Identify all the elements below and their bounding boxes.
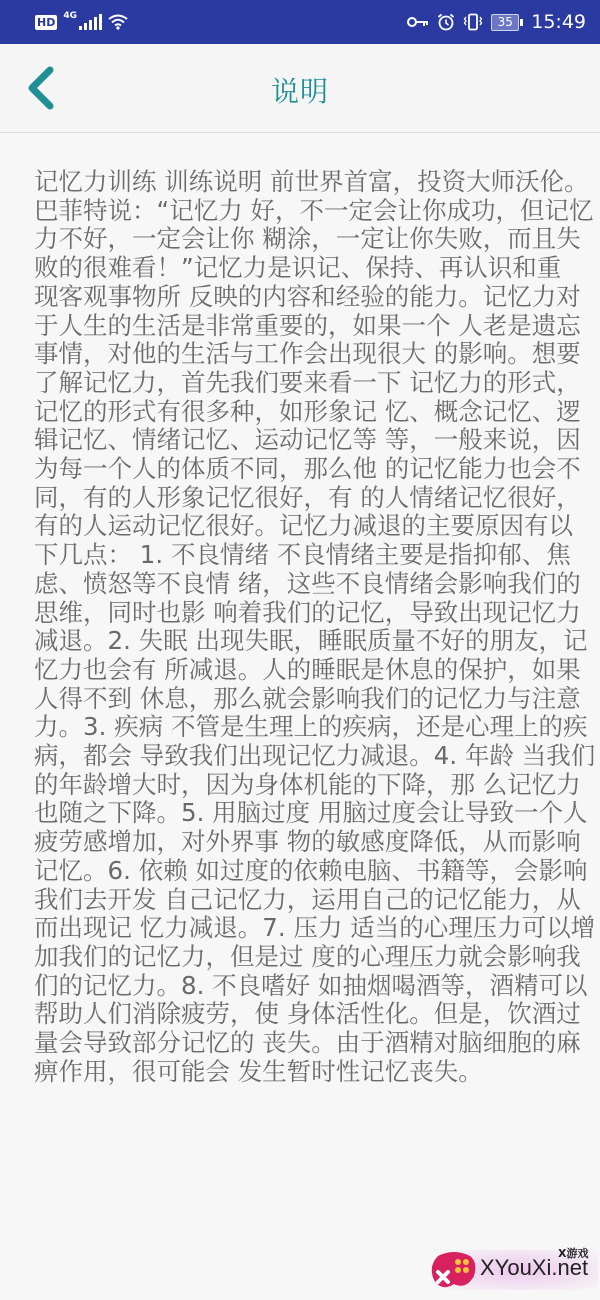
text-line: 力。3. 疾病 不管是生理上的疾病，还是心理上的疾 [34, 713, 574, 742]
text-line: 人得不到 休息，那么就会影响我们的记忆力与注意 [34, 685, 574, 714]
hd-icon: HD [35, 15, 57, 30]
text-line: 同，有的人形象记忆很好，有 的人情绪记忆很好， [34, 484, 574, 513]
text-line: 事情，对他的生活与工作会出现很大 的影响。想要 [34, 340, 574, 369]
text-line: 了解记忆力，首先我们要来看一下 记忆力的形式， [34, 369, 574, 398]
app-header: 说明 [0, 44, 600, 133]
text-line: 记忆。6. 依赖 如过度的依赖电脑、书籍等，会影响 [34, 857, 574, 886]
text-line: 们的记忆力。8. 不良嗜好 如抽烟喝酒等，酒精可以 [34, 972, 574, 1001]
text-line: 力不好，一定会让你 糊涂，一定让你失败，而且失 [34, 225, 574, 254]
watermark: X游戏 XYouXi.net [428, 1242, 598, 1296]
clock: 15:49 [531, 11, 586, 33]
watermark-site: XYouXi.net [480, 1255, 588, 1281]
text-line: 下几点： 1. 不良情绪 不良情绪主要是指抑郁、焦 [34, 541, 574, 570]
battery-icon: 35 [491, 14, 519, 31]
status-left: HD 4G [35, 10, 128, 34]
key-icon [407, 16, 429, 28]
text-line: 病，都会 导致我们出现记忆力减退。4. 年龄 当我们 [34, 742, 574, 771]
text-line: 败的很难看！”记忆力是识记、保持、再认识和重 [34, 254, 574, 283]
wifi-icon [108, 14, 128, 30]
text-line: 减退。2. 失眠 出现失眠，睡眠质量不好的朋友，记 [34, 627, 574, 656]
text-line: 辑记忆、情绪记忆、运动记忆等 等，一般来说，因 [34, 426, 574, 455]
text-line: 记忆力训练 训练说明 前世界首富，投资大师沃伦。 [34, 168, 574, 197]
battery-level: 35 [498, 15, 513, 29]
page-title: 说明 [0, 70, 600, 110]
instructions-text: 记忆力训练 训练说明 前世界首富，投资大师沃伦。 巴菲特说：“记忆力 好，不一定… [34, 168, 574, 1087]
text-line: 虑、愤怒等不良情 绪，这些不良情绪会影响我们的 [34, 570, 574, 599]
vibrate-icon [463, 13, 483, 31]
text-line: 加我们的记忆力，但是过 度的心理压力就会影响我 [34, 943, 574, 972]
status-bar: HD 4G 35 15:49 [0, 0, 600, 44]
text-line: 的年龄增大时，因为身体机能的下降，那 么记忆力 [34, 771, 574, 800]
text-line: 为每一个人的体质不同，那么他 的记忆能力也会不 [34, 455, 574, 484]
text-line: 而出现记 忆力减退。7. 压力 适当的心理压力可以增 [34, 914, 574, 943]
text-line: 痹作用，很可能会 发生暂时性记忆丧失。 [34, 1058, 574, 1087]
network-type-label: 4G [63, 11, 77, 21]
text-line: 帮助人们消除疲劳，使 身体活性化。但是，饮酒过 [34, 1000, 574, 1029]
text-line: 量会导致部分记忆的 丧失。由于酒精对脑细胞的麻 [34, 1029, 574, 1058]
gamepad-logo-icon [428, 1248, 480, 1294]
text-line: 忆力也会有 所减退。人的睡眠是休息的保护，如果 [34, 656, 574, 685]
signal-icon [79, 14, 102, 30]
text-line: 也随之下降。5. 用脑过度 用脑过度会让导致一个人 [34, 799, 574, 828]
text-line: 巴菲特说：“记忆力 好，不一定会让你成功，但记忆 [34, 197, 574, 226]
text-line: 思维，同时也影 响着我们的记忆，导致出现记忆力 [34, 599, 574, 628]
alarm-icon [437, 13, 455, 31]
text-line: 疲劳感增加，对外界事 物的敏感度降低，从而影响 [34, 828, 574, 857]
text-line: 于人生的生活是非常重要的，如果一个 人老是遗忘 [34, 312, 574, 341]
text-line: 现客观事物所 反映的内容和经验的能力。记忆力对 [34, 283, 574, 312]
text-line: 有的人运动记忆很好。记忆力减退的主要原因有以 [34, 512, 574, 541]
text-line: 我们去开发 自己记忆力，运用自己的记忆能力，从 [34, 886, 574, 915]
text-line: 记忆的形式有很多种，如形象记 忆、概念记忆、逻 [34, 398, 574, 427]
status-right: 35 15:49 [407, 8, 586, 36]
